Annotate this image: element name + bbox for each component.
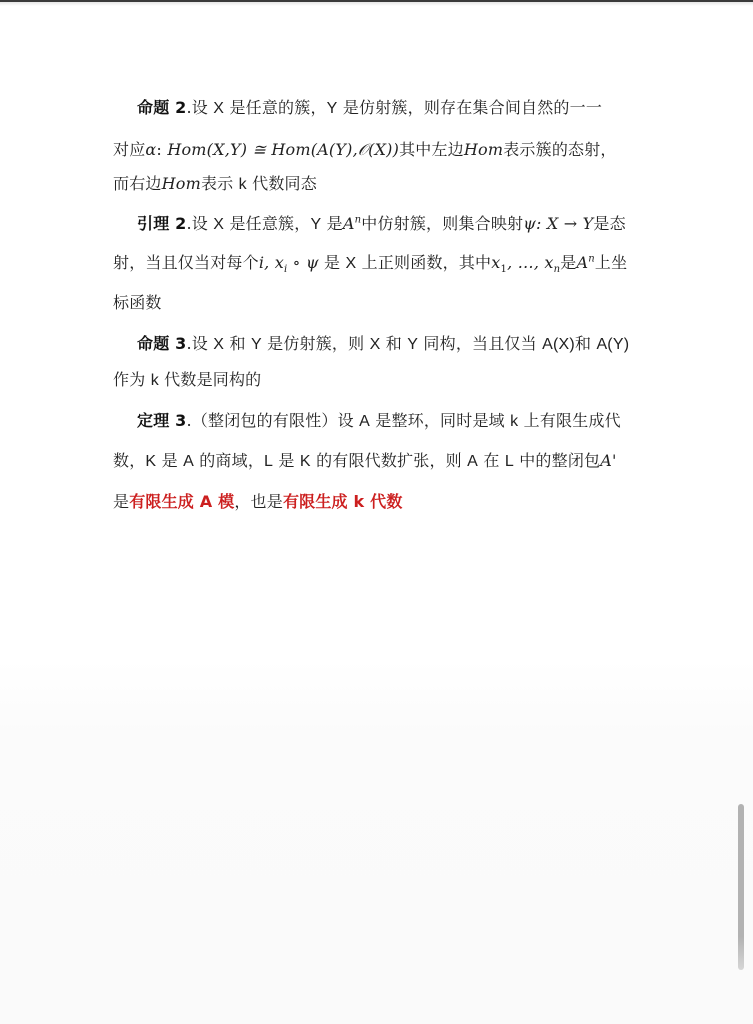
highlight-finite-module: 有限生成 A 模 [129,492,234,511]
lemma-2-line-3: 标函数 [113,293,641,313]
lemma-label: 引理 2 [137,214,187,233]
proposition-3-line-1: 命题 3.设 X 和 Y 是仿射簇，则 X 和 Y 同构，当且仅当 A(X)和 … [113,334,641,354]
proposition-2-line-2: 对应α: Hom(X,Y) ≅ Hom(A(Y),𝒪(X))其中左边Hom表示簇… [113,140,641,160]
hom-iso-formula: Hom(X,Y) ≅ Hom(A(Y),𝒪(X)) [167,140,399,159]
theorem-3-line-1: 定理 3.（整闭包的有限性）设 A 是整环，同时是域 k 上有限生成代 [113,411,641,431]
proposition-3: 命题 3.设 X 和 Y 是仿射簇，则 X 和 Y 同构，当且仅当 A(X)和 … [113,334,641,390]
proposition-label: 命题 2 [137,98,187,117]
page-blank-area [0,660,753,1024]
proposition-2-line-3: 而右边Hom表示 k 代数同态 [113,174,641,194]
lemma-2: 引理 2.设 X 是任意簇，Y 是An中仿射簇，则集合映射ψ: X → Y是态 … [113,214,641,313]
lemma-2-line-2: 射，当且仅当对每个i, xi ∘ ψ 是 X 上正则函数，其中x1, …, xn… [113,253,641,273]
proposition-3-line-2: 作为 k 代数是同构的 [113,370,641,390]
lemma-2-line-1: 引理 2.设 X 是任意簇，Y 是An中仿射簇，则集合映射ψ: X → Y是态 [113,214,641,234]
theorem-3: 定理 3.（整闭包的有限性）设 A 是整环，同时是域 k 上有限生成代 数，K … [113,411,641,512]
top-edge-shadow [0,2,753,6]
proposition-label: 命题 3 [137,334,187,353]
theorem-3-line-3: 是有限生成 A 模，也是有限生成 k 代数 [113,492,641,512]
document-body: 命题 2.设 X 是任意的簇，Y 是仿射簇，则存在集合间自然的一一 对应α: H… [113,98,641,512]
proposition-2: 命题 2.设 X 是任意的簇，Y 是仿射簇，则存在集合间自然的一一 对应α: H… [113,98,641,194]
theorem-label: 定理 3 [137,411,187,430]
proposition-2-line-1: 命题 2.设 X 是任意的簇，Y 是仿射簇，则存在集合间自然的一一 [113,98,641,118]
vertical-scrollbar[interactable] [738,804,744,970]
theorem-3-line-2: 数，K 是 A 的商域，L 是 K 的有限代数扩张，则 A 在 L 中的整闭包A… [113,451,641,471]
highlight-finite-algebra: 有限生成 k 代数 [283,492,403,511]
